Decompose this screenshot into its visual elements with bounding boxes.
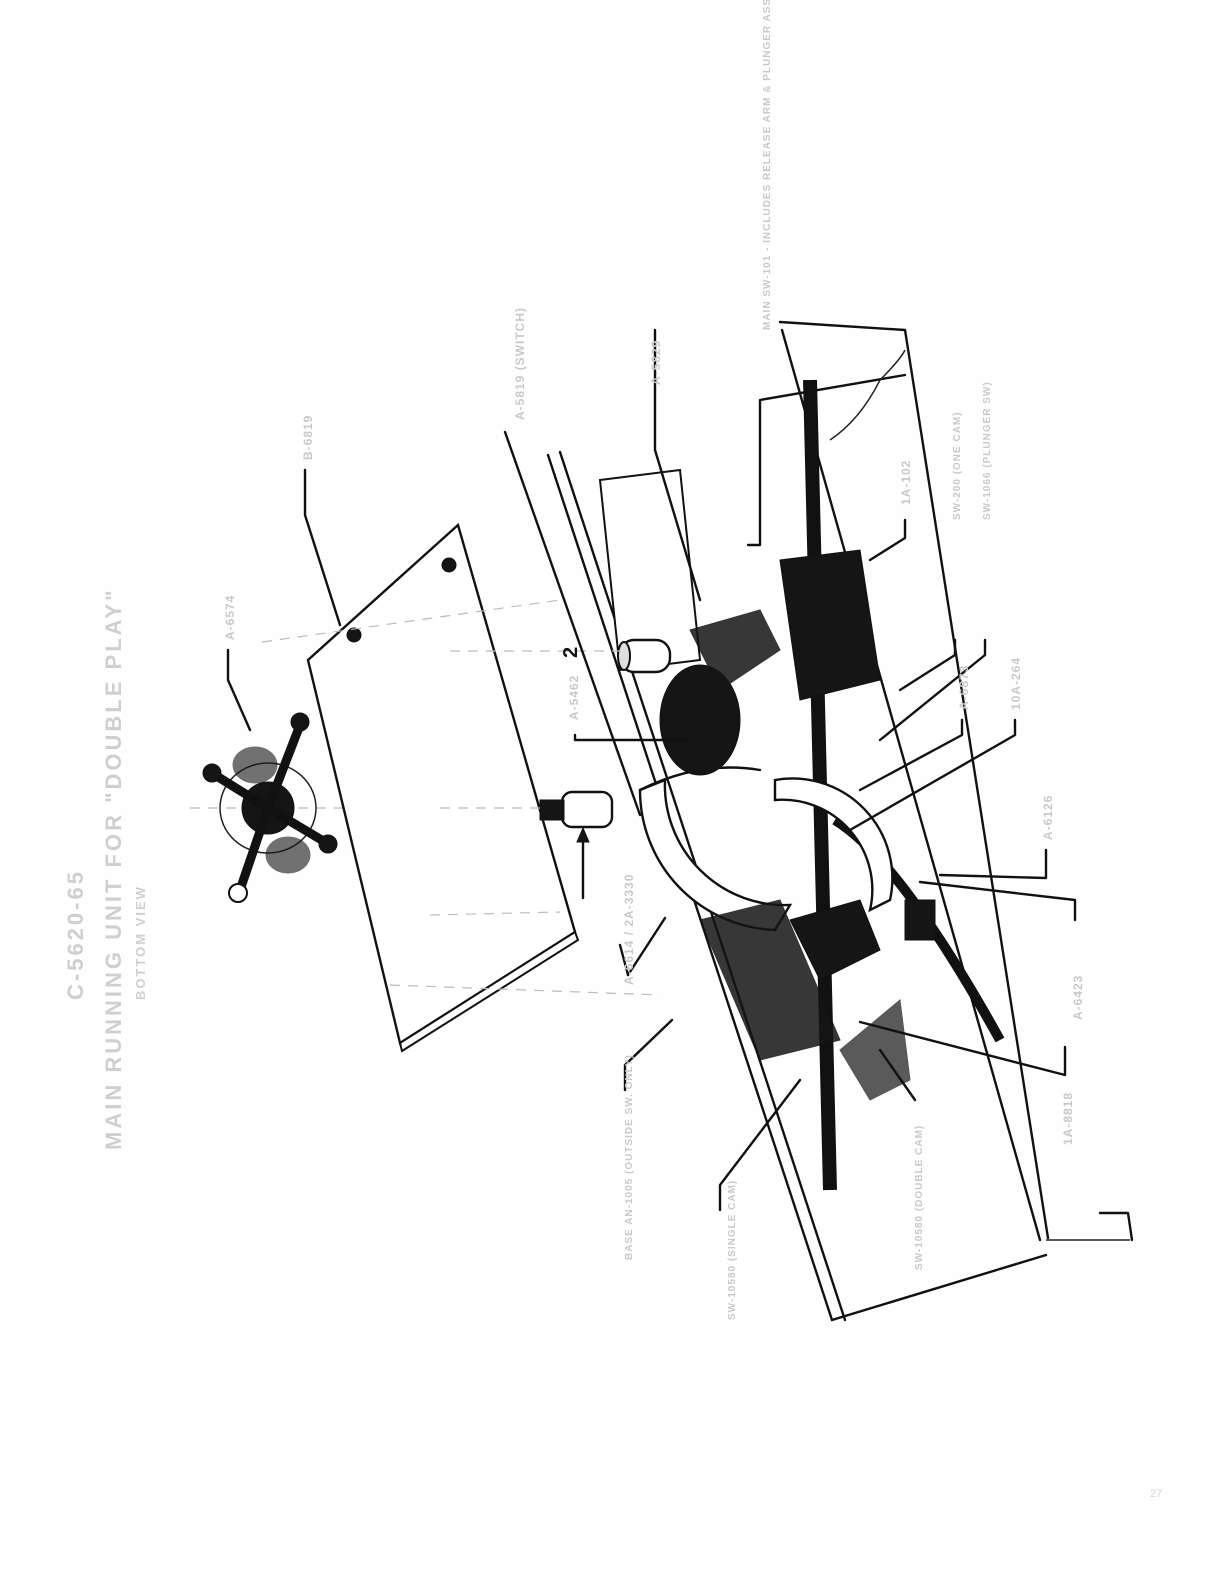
callout-sw-cam-1: SW-200 (ONE CAM) <box>952 411 963 520</box>
page-number: 27 <box>1150 1488 1162 1500</box>
callout-number-2: 2 <box>560 647 582 658</box>
mounting-plate: B-6819 <box>262 415 660 1051</box>
callout-mid-2: 10A-264 <box>1009 657 1023 710</box>
title-block: C-5620-65 MAIN RUNNING UNIT FOR "DOUBLE … <box>63 587 148 1150</box>
callout-top-right: MAIN SW-101 - INCLUDES RELEASE ARM & PLU… <box>762 0 773 330</box>
callout-relay: 1A-102 <box>899 460 913 505</box>
drawing-view: BOTTOM VIEW <box>133 885 148 1000</box>
drawing-title: MAIN RUNNING UNIT FOR "DOUBLE PLAY" <box>101 587 126 1150</box>
callout-single-cam: SW-10580 (SINGLE CAM) <box>727 1180 738 1320</box>
callout-mid-1: A-6873 <box>957 665 971 710</box>
callout-sw-cam-2: SW-1066 (PLUNGER SW) <box>982 381 993 520</box>
drawing-number: C-5620-65 <box>63 869 88 1000</box>
callout-double-cam: SW-10580 (DOUBLE CAM) <box>914 1125 925 1270</box>
callout-right-3: 1A-8818 <box>1061 1092 1075 1145</box>
callout-left-center: A-6614 / 2A-3330 <box>622 874 636 985</box>
document-page: C-5620-65 MAIN RUNNING UNIT FOR "DOUBLE … <box>0 0 1230 1589</box>
callout-spider: A-6574 <box>223 595 237 640</box>
callout-right-1: A-6126 <box>1041 795 1055 840</box>
callout-post: A-5462 <box>567 675 581 720</box>
callout-bracket-top: A-5829 <box>649 340 663 385</box>
callout-right-2: A-6423 <box>1071 975 1085 1020</box>
exploded-parts-diagram: C-5620-65 MAIN RUNNING UNIT FOR "DOUBLE … <box>0 0 1230 1589</box>
callout-housing: A-5819 (SWITCH) <box>513 307 527 420</box>
callout-base-switch: BASE AN-1005 (OUTSIDE SW. ONLY) <box>624 1054 635 1260</box>
callout-plate: B-6819 <box>301 415 315 460</box>
